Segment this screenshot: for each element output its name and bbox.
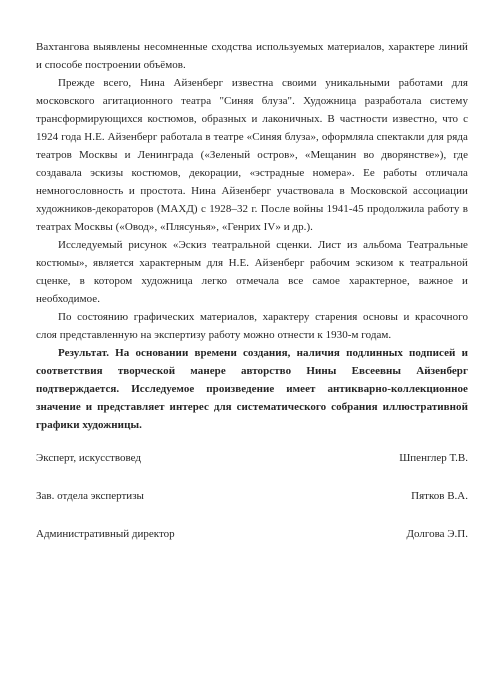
paragraph-result-conclusion: Результат. На основании времени создания… [36,344,468,434]
paragraph-artwork-description: Исследуемый рисунок «Эскиз театральной с… [36,236,468,308]
signature-row-expert: Эксперт, искусствовед Шпенглер Т.В. [36,449,468,467]
paragraph-artist-biography: Прежде всего, Нина Айзенберг известна св… [36,74,468,236]
paragraph-continuation: Вахтангова выявлены несомненные сходства… [36,38,468,74]
paragraph-dating: По состоянию графических материалов, хар… [36,308,468,344]
signature-name: Шпенглер Т.В. [399,449,468,467]
signature-role: Зав. отдела экспертизы [36,487,144,505]
signature-role: Административный директор [36,525,175,543]
signature-role: Эксперт, искусствовед [36,449,141,467]
signature-name: Пятков В.А. [411,487,468,505]
signature-name: Долгова Э.П. [407,525,468,543]
signature-block: Эксперт, искусствовед Шпенглер Т.В. Зав.… [36,449,468,543]
signature-row-administrative-director: Административный директор Долгова Э.П. [36,525,468,543]
document-body: Вахтангова выявлены несомненные сходства… [36,38,468,543]
expertise-document-page: Вахтангова выявлены несомненные сходства… [0,0,500,688]
signature-row-head-of-expertise: Зав. отдела экспертизы Пятков В.А. [36,487,468,505]
